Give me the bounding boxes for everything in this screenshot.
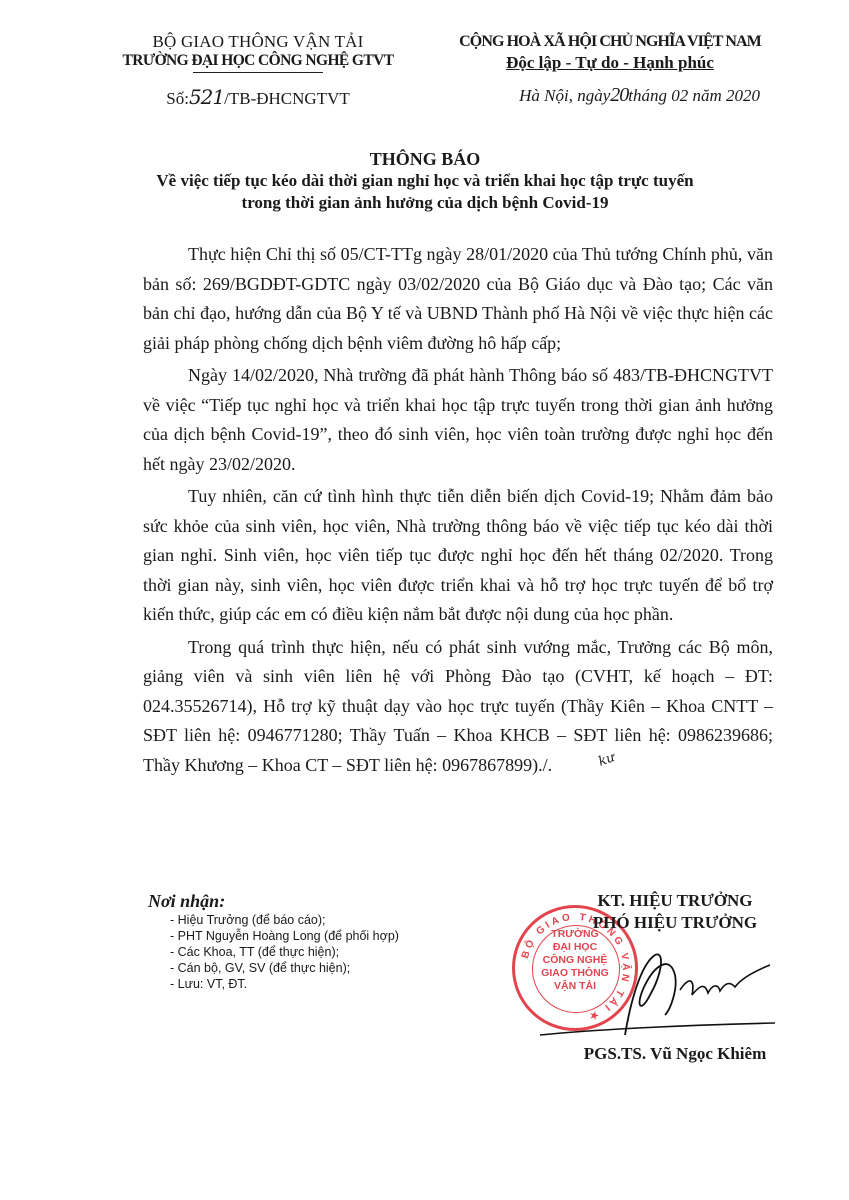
recipient-item: - Lưu: VT, ĐT.	[170, 976, 478, 992]
handwritten-signature-icon	[530, 935, 780, 1045]
body-paragraph: Trong quá trình thực hiện, nếu có phát s…	[143, 633, 773, 783]
recipients-list: - Hiệu Trưởng (để báo cáo); - PHT Nguyễn…	[148, 912, 478, 992]
handwritten-day: 20	[610, 84, 628, 106]
document-title-block: THÔNG BÁO Về việc tiếp tục kéo dài thời …	[100, 148, 750, 214]
document-body: Thực hiện Chỉ thị số 05/CT-TTg ngày 28/0…	[143, 240, 773, 785]
body-paragraph: Thực hiện Chỉ thị số 05/CT-TTg ngày 28/0…	[143, 240, 773, 358]
ministry-name: BỘ GIAO THÔNG VẬN TẢI	[108, 32, 408, 52]
recipient-item: - Cán bộ, GV, SV (để thực hiện);	[170, 960, 478, 976]
signature-position: PHÓ HIỆU TRƯỞNG	[560, 912, 790, 934]
handwritten-number: 521	[189, 85, 224, 109]
body-paragraph: Tuy nhiên, căn cứ tình hình thực tiễn di…	[143, 482, 773, 630]
signature-title-block: KT. HIỆU TRƯỞNG PHÓ HIỆU TRƯỞNG	[560, 890, 790, 934]
document-subtitle-line1: Về việc tiếp tục kéo dài thời gian nghỉ …	[100, 170, 750, 192]
national-header: CỘNG HOÀ XÃ HỘI CHỦ NGHĨA VIỆT NAM Độc l…	[440, 32, 780, 106]
nation-name: CỘNG HOÀ XÃ HỘI CHỦ NGHĨA VIỆT NAM	[440, 32, 780, 52]
body-paragraph: Ngày 14/02/2020, Nhà trường đã phát hành…	[143, 361, 773, 479]
initials-mark: kư	[552, 743, 620, 792]
header-underline	[193, 72, 323, 73]
school-name: TRƯỜNG ĐẠI HỌC CÔNG NGHỆ GTVT	[108, 52, 408, 70]
recipients-block: Nơi nhận: - Hiệu Trưởng (để báo cáo); - …	[148, 890, 478, 992]
recipients-heading: Nơi nhận:	[148, 890, 478, 912]
signature-authority: KT. HIỆU TRƯỞNG	[560, 890, 790, 912]
document-number: Số:521/TB-ĐHCNGTVT	[108, 87, 408, 109]
signer-name: PGS.TS. Vũ Ngọc Khiêm	[560, 1044, 790, 1064]
document-date: Hà Nội, ngày20tháng 02 năm 2020	[440, 85, 780, 106]
document-title: THÔNG BÁO	[100, 148, 750, 170]
national-motto: Độc lập - Tự do - Hạnh phúc	[440, 52, 780, 73]
issuer-header: BỘ GIAO THÔNG VẬN TẢI TRƯỜNG ĐẠI HỌC CÔN…	[108, 32, 408, 109]
recipient-item: - PHT Nguyễn Hoàng Long (để phối hợp)	[170, 928, 478, 944]
document-subtitle-line2: trong thời gian ảnh hưởng của dịch bệnh …	[100, 192, 750, 214]
recipient-item: - Hiệu Trưởng (để báo cáo);	[170, 912, 478, 928]
recipient-item: - Các Khoa, TT (để thực hiện);	[170, 944, 478, 960]
